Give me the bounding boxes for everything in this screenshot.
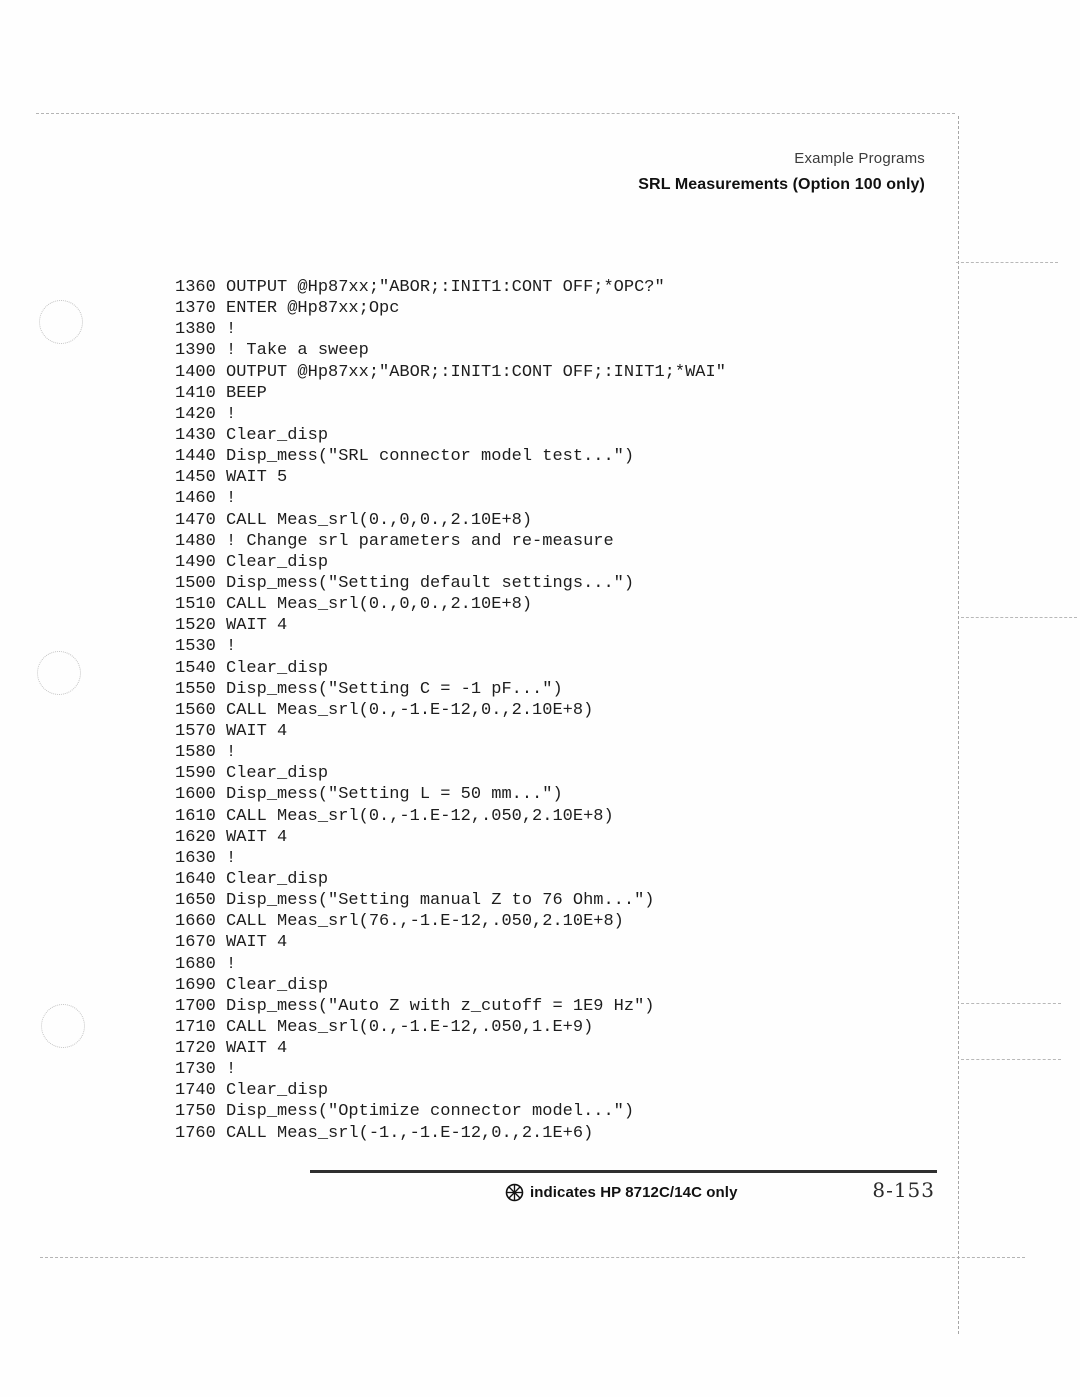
hole-punch-mark: [39, 300, 83, 344]
page-header: Example Programs SRL Measurements (Optio…: [638, 150, 925, 194]
code-line: 1630 !: [175, 848, 726, 869]
scan-dash-mark: [961, 1003, 1061, 1004]
page-title: SRL Measurements (Option 100 only): [638, 176, 925, 194]
code-line: 1760 CALL Meas_srl(-1.,-1.E-12,0.,2.1E+6…: [175, 1123, 726, 1144]
code-line: 1650 Disp_mess("Setting manual Z to 76 O…: [175, 890, 726, 911]
code-line: 1510 CALL Meas_srl(0.,0,0.,2.10E+8): [175, 594, 726, 615]
code-line: 1610 CALL Meas_srl(0.,-1.E-12,.050,2.10E…: [175, 806, 726, 827]
code-line: 1370 ENTER @Hp87xx;Opc: [175, 298, 726, 319]
code-line: 1720 WAIT 4: [175, 1038, 726, 1059]
hole-punch-mark: [41, 1004, 85, 1048]
code-line: 1740 Clear_disp: [175, 1080, 726, 1101]
code-line: 1360 OUTPUT @Hp87xx;"ABOR;:INIT1:CONT OF…: [175, 277, 726, 298]
code-line: 1640 Clear_disp: [175, 869, 726, 890]
code-line: 1570 WAIT 4: [175, 721, 726, 742]
code-line: 1470 CALL Meas_srl(0.,0,0.,2.10E+8): [175, 510, 726, 531]
code-line: 1590 Clear_disp: [175, 763, 726, 784]
scan-edge-top-line: [36, 113, 955, 114]
code-line: 1440 Disp_mess("SRL connector model test…: [175, 446, 726, 467]
code-line: 1750 Disp_mess("Optimize connector model…: [175, 1101, 726, 1122]
code-line: 1560 CALL Meas_srl(0.,-1.E-12,0.,2.10E+8…: [175, 700, 726, 721]
code-line: 1400 OUTPUT @Hp87xx;"ABOR;:INIT1:CONT OF…: [175, 362, 726, 383]
code-line: 1460 !: [175, 488, 726, 509]
code-line: 1690 Clear_disp: [175, 975, 726, 996]
scan-dash-mark: [961, 617, 1077, 618]
footer-note-text: indicates HP 8712C/14C only: [530, 1184, 738, 1201]
breadcrumb: Example Programs: [638, 150, 925, 168]
code-line: 1490 Clear_disp: [175, 552, 726, 573]
code-line: 1530 !: [175, 636, 726, 657]
code-line: 1390 ! Take a sweep: [175, 340, 726, 361]
program-listing: 1360 OUTPUT @Hp87xx;"ABOR;:INIT1:CONT OF…: [175, 277, 726, 1144]
footer-note: indicates HP 8712C/14C only: [505, 1183, 738, 1202]
code-line: 1480 ! Change srl parameters and re-meas…: [175, 531, 726, 552]
code-line: 1520 WAIT 4: [175, 615, 726, 636]
code-line: 1540 Clear_disp: [175, 658, 726, 679]
code-line: 1410 BEEP: [175, 383, 726, 404]
code-line: 1710 CALL Meas_srl(0.,-1.E-12,.050,1.E+9…: [175, 1017, 726, 1038]
code-line: 1660 CALL Meas_srl(76.,-1.E-12,.050,2.10…: [175, 911, 726, 932]
code-line: 1430 Clear_disp: [175, 425, 726, 446]
code-line: 1600 Disp_mess("Setting L = 50 mm..."): [175, 784, 726, 805]
circled-asterisk-icon: [505, 1183, 524, 1202]
manual-page: Example Programs SRL Measurements (Optio…: [0, 0, 1080, 1397]
code-line: 1700 Disp_mess("Auto Z with z_cutoff = 1…: [175, 996, 726, 1017]
scan-edge-bottom-line: [40, 1257, 1025, 1258]
hole-punch-mark: [37, 651, 81, 695]
scan-dash-mark: [956, 262, 1058, 263]
page-number: 8-153: [872, 1178, 935, 1202]
footer-rule: [310, 1170, 937, 1173]
scan-dash-mark: [961, 1059, 1061, 1060]
code-line: 1550 Disp_mess("Setting C = -1 pF..."): [175, 679, 726, 700]
code-line: 1730 !: [175, 1059, 726, 1080]
code-line: 1420 !: [175, 404, 726, 425]
code-line: 1670 WAIT 4: [175, 932, 726, 953]
code-line: 1680 !: [175, 954, 726, 975]
code-line: 1380 !: [175, 319, 726, 340]
code-line: 1620 WAIT 4: [175, 827, 726, 848]
code-line: 1580 !: [175, 742, 726, 763]
scan-edge-right-line: [958, 116, 959, 1334]
code-line: 1500 Disp_mess("Setting default settings…: [175, 573, 726, 594]
code-line: 1450 WAIT 5: [175, 467, 726, 488]
